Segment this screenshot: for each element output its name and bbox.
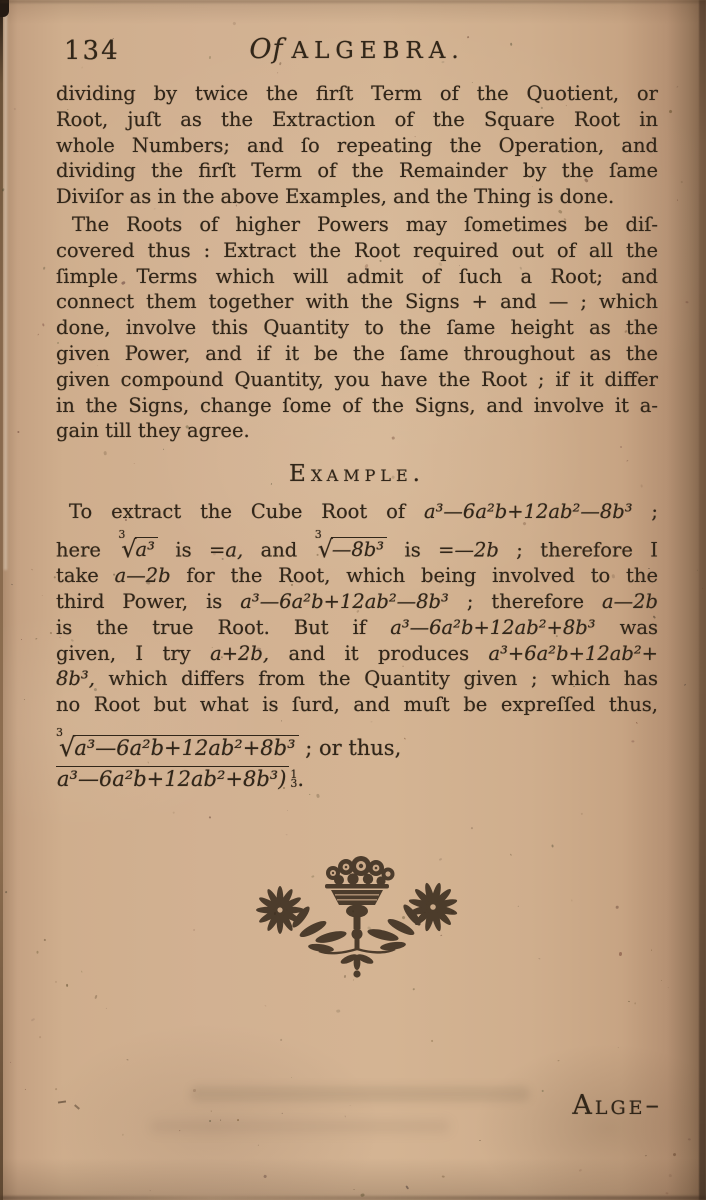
text-line: take a—2b for the Root, which being invo… <box>56 563 658 589</box>
page-bottom-edge <box>0 1196 706 1200</box>
page-left-crease <box>4 10 7 570</box>
math-run: 8b³, <box>56 667 95 690</box>
paragraph-1: dividing by twice the firſt Term of the … <box>56 81 658 210</box>
text-line: whole Numbers; and ſo repeating the Oper… <box>56 133 658 159</box>
text-run: ; therefore I <box>499 538 658 561</box>
text-line: is the true Root. But if a³—6a²b+12ab²+8… <box>56 615 658 641</box>
radical-sign-icon: √ <box>318 535 333 563</box>
text-line: third Power, is a³—6a²b+12ab²—8b³ ; ther… <box>56 589 658 615</box>
math-run: a+2b, <box>210 642 269 665</box>
text-run: is the true Root. But if <box>56 616 390 639</box>
text-run: here <box>56 538 118 561</box>
running-title: OfALGEBRA. <box>249 34 464 65</box>
page-right-edge <box>699 0 706 1200</box>
text-run: is <box>158 538 209 561</box>
radicand: a³ <box>135 537 158 561</box>
text-line: given Power, and if it be the ſame throu… <box>56 341 658 367</box>
math-run: a—2b <box>115 564 171 587</box>
text-line: To extract the Cube Root of a³—6a²b+12ab… <box>56 499 658 525</box>
math-run: a³—6a²b+12ab²—8b³ <box>424 500 633 523</box>
text-run: take <box>56 564 115 587</box>
text-line: done, involve this Quantity to the ſame … <box>56 315 658 341</box>
show-through-smudge <box>190 1086 530 1102</box>
text-line: given compound Quantity, you have the Ro… <box>56 367 658 393</box>
text-run: and <box>243 538 314 561</box>
text-run: which differs from the Quantity given ; … <box>95 667 658 690</box>
running-title-word: ALGEBRA. <box>291 38 464 64</box>
text-line: 8b³, which differs from the Quantity giv… <box>56 666 658 692</box>
math-run: a³—6a²b+12ab²+8b³ <box>390 616 595 639</box>
radical-sign-icon: √ <box>59 733 75 763</box>
text-run: for the Root, which being involved to th… <box>171 564 658 587</box>
page-number: 134 <box>64 36 120 66</box>
text-line: here 3√a³ is =a, and 3√—8b³ is =—2b ; th… <box>56 525 658 563</box>
stray-ink-mark <box>74 1104 80 1109</box>
math-run: a³—6a²b+12ab²—8b³ <box>240 590 449 613</box>
catchword: Alge– <box>572 1090 662 1121</box>
text-run: ; <box>633 500 658 523</box>
example-paragraph: To extract the Cube Root of a³—6a²b+12ab… <box>56 499 658 792</box>
text-run: was <box>596 616 658 639</box>
page-left-edge <box>0 0 3 1200</box>
text-run: and it produces <box>269 642 488 665</box>
text-line: ſimple Terms which will admit of ſuch a … <box>56 264 658 290</box>
text-line: Root, juſt as the Extraction of the Squa… <box>56 107 658 133</box>
ornament-graphic <box>256 856 458 978</box>
show-through-smudge <box>150 1120 450 1133</box>
text-line: no Root but what is ſurd, and muſt be ex… <box>56 692 658 718</box>
math-run: a³+6a²b+12ab²+ <box>488 642 658 665</box>
text-line: covered thus : Extract the Root required… <box>56 238 658 264</box>
radicand: a³—6a²b+12ab²+8b³ <box>73 735 298 760</box>
text-run: ; or thus, <box>299 736 402 760</box>
text-run: . <box>297 767 304 791</box>
paragraph-2: The Roots of higher Powers may ſometimes… <box>56 212 658 444</box>
book-page: { "header": { "page_number": "134", "of_… <box>0 0 706 1200</box>
cube-root-radical: 3√—8b³ <box>315 538 387 561</box>
cube-root-radical: 3√a³—6a²b+12ab²+8b³ <box>56 736 299 760</box>
text-line: given, I try a+2b, and it produces a³+6a… <box>56 641 658 667</box>
radical-sign-icon: √ <box>121 535 136 563</box>
text-line: in the Signs, change ſome of the Signs, … <box>56 393 658 419</box>
text-run: no Root but what is ſurd, and muſt be ex… <box>56 693 658 716</box>
text-column: 134 OfALGEBRA. dividing by twice the fir… <box>56 34 658 985</box>
display-formula-radical: 3√a³—6a²b+12ab²+8b³ ; or thus, <box>56 722 658 762</box>
text-run: To extract the Cube Root of <box>69 500 424 523</box>
text-run: third Power, is <box>56 590 240 613</box>
text-run: ; therefore <box>449 590 602 613</box>
running-title-of: Of <box>249 34 283 65</box>
text-line: The Roots of higher Powers may ſometimes… <box>56 212 658 238</box>
text-line: connect them together with the Signs + a… <box>56 289 658 315</box>
example-heading: Example. <box>56 461 658 491</box>
math-run: =—2b <box>438 538 499 561</box>
text-line: dividing by twice the firſt Term of the … <box>56 81 658 107</box>
text-line: dividing the firſt Term of the Remainder… <box>56 158 658 184</box>
stray-ink-mark <box>58 1100 66 1103</box>
radicand: —8b³ <box>331 537 387 561</box>
floral-urn-ornament <box>249 853 465 985</box>
display-formula-exponent: a³—6a²b+12ab²+8b³)13. <box>56 762 658 793</box>
page-top-edge <box>0 0 706 3</box>
cube-root-radical: 3√a³ <box>118 538 158 561</box>
math-run: =a, <box>209 538 243 561</box>
text-line: Diviſor as in the above Examples, and th… <box>56 184 658 210</box>
text-run: given, I try <box>56 642 210 665</box>
overlined-expression: a³—6a²b+12ab²+8b³) <box>56 766 289 791</box>
math-run: a—2b <box>602 590 658 613</box>
text-run: is <box>387 538 438 561</box>
text-line: gain till they agree. <box>56 418 658 444</box>
page-header: 134 OfALGEBRA. <box>56 34 658 72</box>
